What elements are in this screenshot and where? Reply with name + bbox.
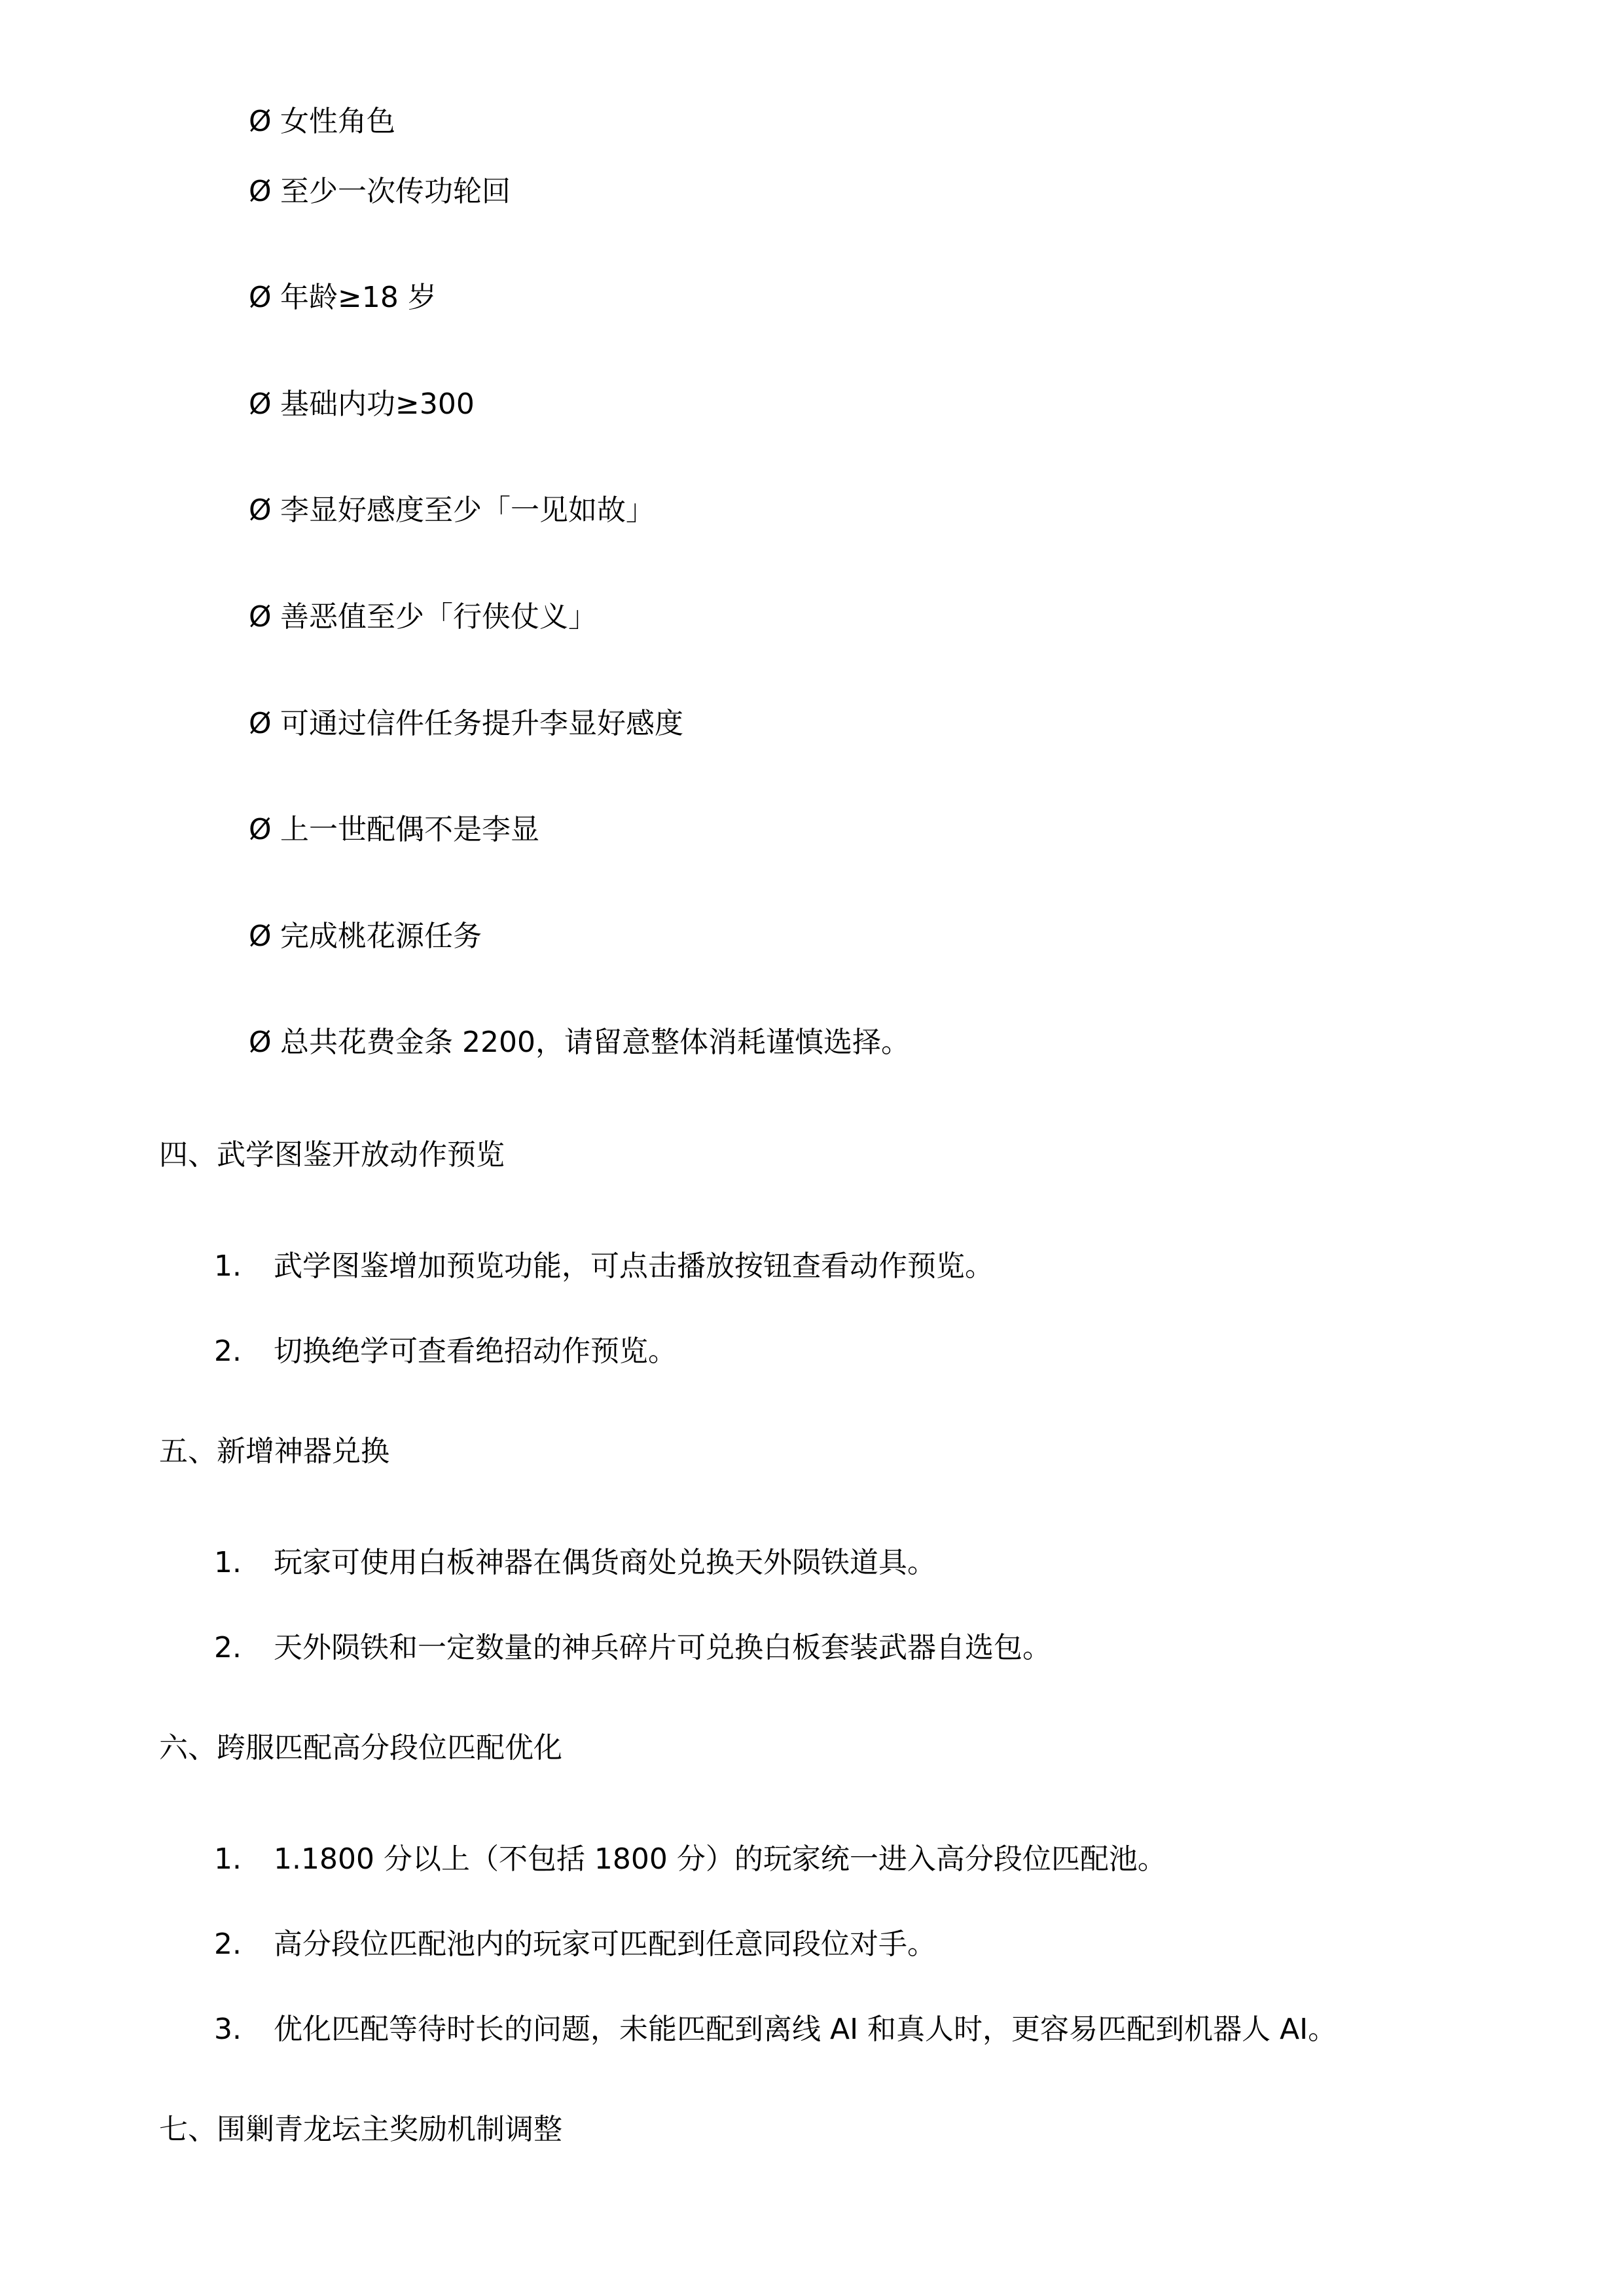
- condition-item: Ø上一世配偶不是李显: [249, 812, 539, 848]
- item-number: 1.: [214, 1248, 242, 1285]
- condition-item: Ø总共花费金条 2200，请留意整体消耗谨慎选择。: [249, 1024, 910, 1061]
- item-number: 2.: [214, 1630, 242, 1666]
- condition-item: Ø李显好感度至少「一见如故」: [249, 492, 655, 529]
- item-number: 3.: [214, 2011, 242, 2048]
- item-number: 2.: [214, 1333, 242, 1370]
- bullet-icon: Ø: [249, 706, 280, 742]
- item-text: 1.1800 分以上（不包括 1800 分）的玩家统一进入高分段位匹配池。: [274, 1841, 1166, 1878]
- item-number: 2.: [214, 1926, 242, 1963]
- item-text: 切换绝学可查看绝招动作预览。: [274, 1333, 677, 1370]
- condition-item: Ø可通过信件任务提升李显好感度: [249, 706, 683, 742]
- bullet-icon: Ø: [249, 279, 280, 316]
- condition-item: Ø完成桃花源任务: [249, 918, 482, 955]
- bullet-icon: Ø: [249, 492, 280, 529]
- condition-item: Ø至少一次传功轮回: [249, 173, 511, 210]
- bullet-icon: Ø: [249, 103, 280, 140]
- item-text: 天外陨铁和一定数量的神兵碎片可兑换白板套装武器自选包。: [274, 1630, 1051, 1666]
- condition-item: Ø基础内功≥300: [249, 386, 475, 423]
- bullet-icon: Ø: [249, 386, 280, 423]
- item-text: 玩家可使用白板神器在偶货商处兑换天外陨铁道具。: [274, 1545, 936, 1581]
- condition-item: Ø善恶值至少「行侠仗义」: [249, 599, 597, 636]
- section-heading: 七、围剿青龙坛主奖励机制调整: [159, 2111, 562, 2148]
- bullet-icon: Ø: [249, 599, 280, 636]
- item-number: 1.: [214, 1545, 242, 1581]
- item-number: 1.: [214, 1841, 242, 1878]
- section-heading: 四、武学图鉴开放动作预览: [159, 1137, 505, 1174]
- item-text: 优化匹配等待时长的问题，未能匹配到离线 AI 和真人时，更容易匹配到机器人 AI…: [274, 2011, 1337, 2048]
- bullet-icon: Ø: [249, 918, 280, 955]
- item-text: 高分段位匹配池内的玩家可匹配到任意同段位对手。: [274, 1926, 936, 1963]
- item-text: 武学图鉴增加预览功能，可点击播放按钮查看动作预览。: [274, 1248, 994, 1285]
- bullet-icon: Ø: [249, 173, 280, 210]
- section-heading: 六、跨服匹配高分段位匹配优化: [159, 1730, 562, 1767]
- condition-item: Ø年龄≥18 岁: [249, 279, 437, 316]
- bullet-icon: Ø: [249, 812, 280, 848]
- section-heading: 五、新增神器兑换: [159, 1433, 389, 1470]
- bullet-icon: Ø: [249, 1024, 280, 1061]
- condition-item: Ø女性角色: [249, 103, 395, 140]
